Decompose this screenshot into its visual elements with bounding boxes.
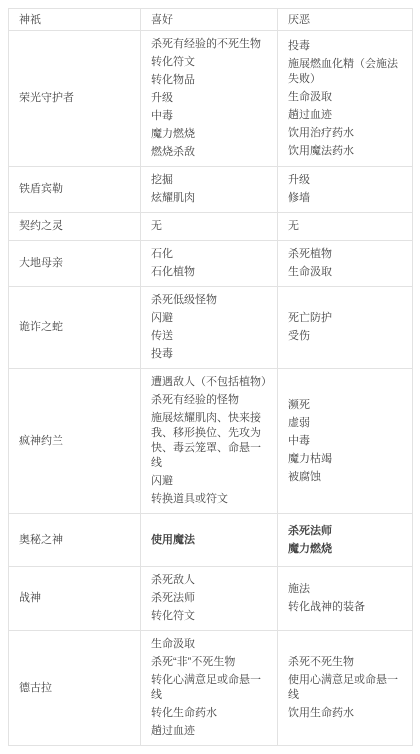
like-item: 传送 xyxy=(151,329,269,344)
page: 神祇 喜好 厌恶 荣光守护者 杀死有经验的不死生物 转化符文 转化物品 升级 中… xyxy=(0,0,420,754)
dislikes-cell: 杀死法师 魔力燃烧 xyxy=(278,514,413,567)
header-row: 神祇 喜好 厌恶 xyxy=(9,9,413,31)
like-item: 投毒 xyxy=(151,347,269,362)
dislikes-cell: 杀死植物 生命汲取 xyxy=(278,241,413,287)
like-item: 遭遇敌人（不包括植物） xyxy=(151,375,269,390)
likes-cell: 杀死低级怪物 闪避 传送 投毒 xyxy=(141,287,278,369)
dislikes-cell: 濒死 虚弱 中毒 魔力枯竭 被腐蚀 xyxy=(278,369,413,514)
like-item: 魔力燃烧 xyxy=(151,127,269,142)
dislike-item: 投毒 xyxy=(288,39,404,54)
likes-cell: 使用魔法 xyxy=(141,514,278,567)
like-item: 使用魔法 xyxy=(151,533,269,548)
likes-cell: 挖掘 炫耀肌肉 xyxy=(141,167,278,213)
table-row-war-god: 战神 杀死敌人 杀死法师 转化符文 施法 转化战神的装备 xyxy=(9,567,413,631)
like-item: 转化物品 xyxy=(151,73,269,88)
dislike-item: 饮用魔法药水 xyxy=(288,144,404,159)
dislike-item: 中毒 xyxy=(288,434,404,449)
like-item: 闪避 xyxy=(151,474,269,489)
deity-name: 铁盾宾勒 xyxy=(9,167,141,213)
column-header-deity: 神祇 xyxy=(9,9,141,31)
like-item: 转换道具或符文 xyxy=(151,492,269,507)
dislike-item: 施展燃血化精（会施法失败） xyxy=(288,57,404,87)
table-row-mad-god: 疯神约兰 遭遇敌人（不包括植物） 杀死有经验的怪物 施展炫耀肌肉、快来接我、移形… xyxy=(9,369,413,514)
like-item: 中毒 xyxy=(151,109,269,124)
dislike-item: 生命汲取 xyxy=(288,265,404,280)
dislike-item: 受伤 xyxy=(288,329,404,344)
likes-cell: 杀死敌人 杀死法师 转化符文 xyxy=(141,567,278,631)
dislikes-cell: 升级 修墙 xyxy=(278,167,413,213)
dislikes-cell: 杀死不死生物 使用心满意足或命悬一线 饮用生命药水 xyxy=(278,631,413,746)
dislikes-cell: 施法 转化战神的装备 xyxy=(278,567,413,631)
like-item: 炫耀肌肉 xyxy=(151,191,269,206)
dislike-item: 杀死法师 xyxy=(288,524,404,539)
like-item: 转化心满意足或命悬一线 xyxy=(151,673,269,703)
dislike-item: 升级 xyxy=(288,173,404,188)
dislikes-cell: 死亡防护 受伤 xyxy=(278,287,413,369)
like-item: 闪避 xyxy=(151,311,269,326)
like-item: 石化 xyxy=(151,247,269,262)
deity-name: 疯神约兰 xyxy=(9,369,141,514)
like-item: 杀死低级怪物 xyxy=(151,293,269,308)
like-item: 无 xyxy=(151,219,269,234)
dislike-item: 虚弱 xyxy=(288,416,404,431)
dislike-item: 无 xyxy=(288,219,404,234)
like-item: 转化符文 xyxy=(151,609,269,624)
dislikes-cell: 无 xyxy=(278,213,413,241)
like-item: 杀死有经验的不死生物 xyxy=(151,37,269,52)
dislike-item: 杀死植物 xyxy=(288,247,404,262)
like-item: 石化植物 xyxy=(151,265,269,280)
dislikes-cell: 投毒 施展燃血化精（会施法失败） 生命汲取 趟过血迹 饮用治疗药水 饮用魔法药水 xyxy=(278,31,413,167)
table-row-god-of-mystery: 奥秘之神 使用魔法 杀死法师 魔力燃烧 xyxy=(9,514,413,567)
dislike-item: 被腐蚀 xyxy=(288,470,404,485)
like-item: 施展炫耀肌肉、快来接我、移形换位、先攻为快、毒云笼罩、命悬一线 xyxy=(151,411,269,471)
dislike-item: 魔力燃烧 xyxy=(288,542,404,557)
dislike-item: 饮用生命药水 xyxy=(288,706,404,721)
deity-name: 大地母亲 xyxy=(9,241,141,287)
dislike-item: 转化战神的装备 xyxy=(288,600,404,615)
like-item: 燃烧杀敌 xyxy=(151,145,269,160)
column-header-likes: 喜好 xyxy=(141,9,278,31)
dislike-item: 饮用治疗药水 xyxy=(288,126,404,141)
dislike-item: 生命汲取 xyxy=(288,90,404,105)
dislike-item: 杀死不死生物 xyxy=(288,655,404,670)
table-row-dracula: 德古拉 生命汲取 杀死“非”不死生物 转化心满意足或命悬一线 转化生命药水 趟过… xyxy=(9,631,413,746)
like-item: 杀死有经验的怪物 xyxy=(151,393,269,408)
table-row-earth-mother: 大地母亲 石化 石化植物 杀死植物 生命汲取 xyxy=(9,241,413,287)
deity-name: 诡诈之蛇 xyxy=(9,287,141,369)
likes-cell: 遭遇敌人（不包括植物） 杀死有经验的怪物 施展炫耀肌肉、快来接我、移形换位、先攻… xyxy=(141,369,278,514)
dislike-item: 趟过血迹 xyxy=(288,108,404,123)
like-item: 挖掘 xyxy=(151,173,269,188)
deity-preferences-table: 神祇 喜好 厌恶 荣光守护者 杀死有经验的不死生物 转化符文 转化物品 升级 中… xyxy=(8,8,413,746)
dislike-item: 修墙 xyxy=(288,191,404,206)
table-row-glory-guardian: 荣光守护者 杀死有经验的不死生物 转化符文 转化物品 升级 中毒 魔力燃烧 燃烧… xyxy=(9,31,413,167)
like-item: 升级 xyxy=(151,91,269,106)
deity-name: 荣光守护者 xyxy=(9,31,141,167)
dislike-item: 濒死 xyxy=(288,398,404,413)
like-item: 杀死法师 xyxy=(151,591,269,606)
likes-cell: 生命汲取 杀死“非”不死生物 转化心满意足或命悬一线 转化生命药水 趟过血迹 xyxy=(141,631,278,746)
column-header-dislikes: 厌恶 xyxy=(278,9,413,31)
deity-name: 契约之灵 xyxy=(9,213,141,241)
likes-cell: 杀死有经验的不死生物 转化符文 转化物品 升级 中毒 魔力燃烧 燃烧杀敌 xyxy=(141,31,278,167)
table-row-serpent-of-deceit: 诡诈之蛇 杀死低级怪物 闪避 传送 投毒 死亡防护 受伤 xyxy=(9,287,413,369)
dislike-item: 死亡防护 xyxy=(288,311,404,326)
like-item: 趟过血迹 xyxy=(151,724,269,739)
like-item: 生命汲取 xyxy=(151,637,269,652)
like-item: 杀死敌人 xyxy=(151,573,269,588)
like-item: 杀死“非”不死生物 xyxy=(151,655,269,670)
deity-name: 战神 xyxy=(9,567,141,631)
like-item: 转化生命药水 xyxy=(151,706,269,721)
dislike-item: 使用心满意足或命悬一线 xyxy=(288,673,404,703)
table-row-iron-shield: 铁盾宾勒 挖掘 炫耀肌肉 升级 修墙 xyxy=(9,167,413,213)
dislike-item: 魔力枯竭 xyxy=(288,452,404,467)
likes-cell: 石化 石化植物 xyxy=(141,241,278,287)
deity-name: 奥秘之神 xyxy=(9,514,141,567)
table-row-covenant-spirit: 契约之灵 无 无 xyxy=(9,213,413,241)
likes-cell: 无 xyxy=(141,213,278,241)
deity-name: 德古拉 xyxy=(9,631,141,746)
dislike-item: 施法 xyxy=(288,582,404,597)
like-item: 转化符文 xyxy=(151,55,269,70)
